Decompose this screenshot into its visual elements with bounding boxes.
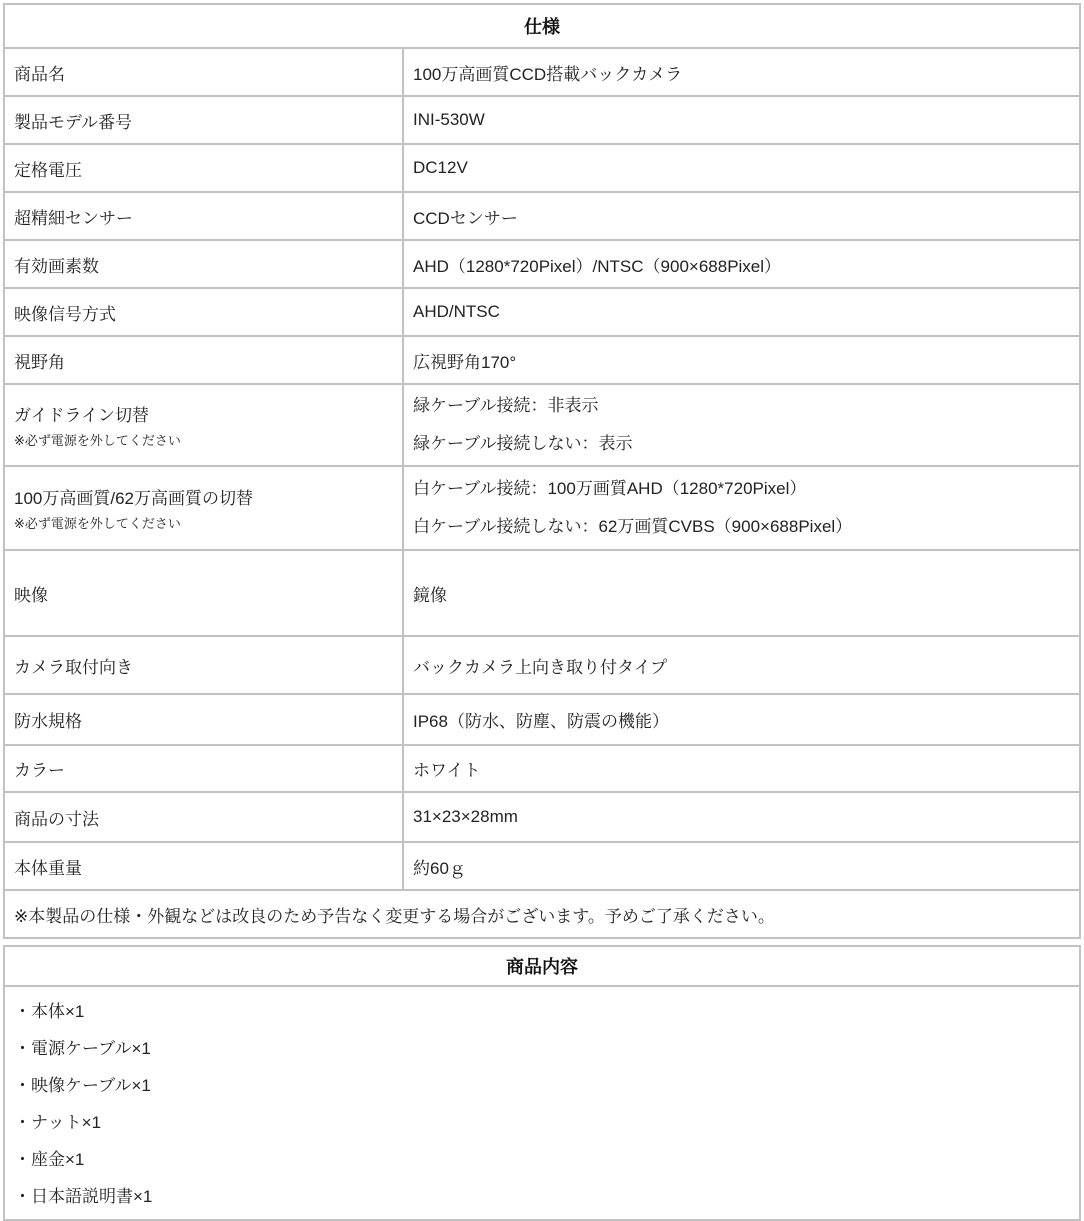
list-item: ・本体×1	[14, 993, 1070, 1030]
spec-value-line: 緑ケーブル接続：非表示	[413, 387, 1070, 425]
spec-label: 有効画素数	[4, 240, 403, 288]
table-row-image-type: 映像 鏡像	[4, 550, 1080, 636]
spec-value-cell: 白ケーブル接続：100万画質AHD（1280*720Pixel） 白ケーブル接続…	[403, 466, 1080, 550]
spec-label: 本体重量	[4, 842, 403, 890]
table-row-model-number: 製品モデル番号 INI-530W	[4, 96, 1080, 144]
list-item: ・座金×1	[14, 1141, 1070, 1178]
spec-value: INI-530W	[403, 96, 1080, 144]
spec-label: 商品の寸法	[4, 792, 403, 842]
spec-label: 超精細センサー	[4, 192, 403, 240]
table-row-dimensions: 商品の寸法 31×23×28mm	[4, 792, 1080, 842]
spec-value: ホワイト	[403, 745, 1080, 792]
spec-value-line: 白ケーブル接続：100万画質AHD（1280*720Pixel）	[413, 470, 1070, 508]
list-item: ・日本語説明書×1	[14, 1178, 1070, 1215]
contents-table-body-row: ・本体×1 ・電源ケーブル×1 ・映像ケーブル×1 ・ナット×1 ・座金×1 ・…	[4, 986, 1080, 1220]
table-row-waterproof-rating: 防水規格 IP68（防水、防塵、防震の機能）	[4, 694, 1080, 745]
spec-label-cell: ガイドライン切替 ※必ず電源を外してください	[4, 384, 403, 466]
spec-value: 鏡像	[403, 550, 1080, 636]
spec-table: 仕様 商品名 100万高画質CCD搭載バックカメラ 製品モデル番号 INI-53…	[3, 3, 1081, 939]
spec-label-note: ※必ず電源を外してください	[14, 513, 393, 532]
table-row-sensor: 超精細センサー CCDセンサー	[4, 192, 1080, 240]
spec-label: 製品モデル番号	[4, 96, 403, 144]
page: 仕様 商品名 100万高画質CCD搭載バックカメラ 製品モデル番号 INI-53…	[0, 0, 1084, 1200]
spec-value-line: 白ケーブル接続しない：62万画質CVBS（900×688Pixel）	[413, 508, 1070, 546]
spec-label-cell: 100万高画質/62万高画質の切替 ※必ず電源を外してください	[4, 466, 403, 550]
spec-value: 31×23×28mm	[403, 792, 1080, 842]
table-row-footnote: ※本製品の仕様・外観などは改良のため予告なく変更する場合がございます。予めご了承…	[4, 890, 1080, 938]
list-item: ・ナット×1	[14, 1104, 1070, 1141]
table-row-viewing-angle: 視野角 広視野角170°	[4, 336, 1080, 384]
spec-table-header-row: 仕様	[4, 4, 1080, 48]
table-row-color: カラー ホワイト	[4, 745, 1080, 792]
table-row-video-signal: 映像信号方式 AHD/NTSC	[4, 288, 1080, 336]
contents-table: 商品内容 ・本体×1 ・電源ケーブル×1 ・映像ケーブル×1 ・ナット×1 ・座…	[3, 945, 1081, 1221]
spec-label: 映像	[4, 550, 403, 636]
table-row-weight: 本体重量 約60ｇ	[4, 842, 1080, 890]
spec-value: AHD/NTSC	[403, 288, 1080, 336]
spec-value: バックカメラ上向き取り付タイプ	[403, 636, 1080, 694]
spec-value: IP68（防水、防塵、防震の機能）	[403, 694, 1080, 745]
table-row-product-name: 商品名 100万高画質CCD搭載バックカメラ	[4, 48, 1080, 96]
spec-label: ガイドライン切替	[14, 401, 393, 426]
spec-value: DC12V	[403, 144, 1080, 192]
list-item: ・電源ケーブル×1	[14, 1030, 1070, 1067]
spec-label: 商品名	[4, 48, 403, 96]
spec-label: カラー	[4, 745, 403, 792]
spec-value: 約60ｇ	[403, 842, 1080, 890]
list-item: ・映像ケーブル×1	[14, 1067, 1070, 1104]
table-row-quality-switch: 100万高画質/62万高画質の切替 ※必ず電源を外してください 白ケーブル接続：…	[4, 466, 1080, 550]
contents-table-title: 商品内容	[4, 946, 1080, 986]
spec-label: 映像信号方式	[4, 288, 403, 336]
spec-label: 視野角	[4, 336, 403, 384]
spec-value: AHD（1280*720Pixel）/NTSC（900×688Pixel）	[403, 240, 1080, 288]
spec-value-line: 緑ケーブル接続しない：表示	[413, 425, 1070, 463]
spec-value: 広視野角170°	[403, 336, 1080, 384]
spec-table-title: 仕様	[4, 4, 1080, 48]
spec-value: CCDセンサー	[403, 192, 1080, 240]
table-row-effective-pixels: 有効画素数 AHD（1280*720Pixel）/NTSC（900×688Pix…	[4, 240, 1080, 288]
spec-footnote: ※本製品の仕様・外観などは改良のため予告なく変更する場合がございます。予めご了承…	[4, 890, 1080, 938]
table-row-guideline-switch: ガイドライン切替 ※必ず電源を外してください 緑ケーブル接続：非表示 緑ケーブル…	[4, 384, 1080, 466]
spec-label: 定格電圧	[4, 144, 403, 192]
contents-table-header-row: 商品内容	[4, 946, 1080, 986]
spec-value-cell: 緑ケーブル接続：非表示 緑ケーブル接続しない：表示	[403, 384, 1080, 466]
contents-list-cell: ・本体×1 ・電源ケーブル×1 ・映像ケーブル×1 ・ナット×1 ・座金×1 ・…	[4, 986, 1080, 1220]
table-row-rated-voltage: 定格電圧 DC12V	[4, 144, 1080, 192]
spec-label: カメラ取付向き	[4, 636, 403, 694]
table-row-mount-direction: カメラ取付向き バックカメラ上向き取り付タイプ	[4, 636, 1080, 694]
spec-label: 100万高画質/62万高画質の切替	[14, 484, 393, 509]
spec-label: 防水規格	[4, 694, 403, 745]
spec-label-note: ※必ず電源を外してください	[14, 430, 393, 449]
spec-value: 100万高画質CCD搭載バックカメラ	[403, 48, 1080, 96]
